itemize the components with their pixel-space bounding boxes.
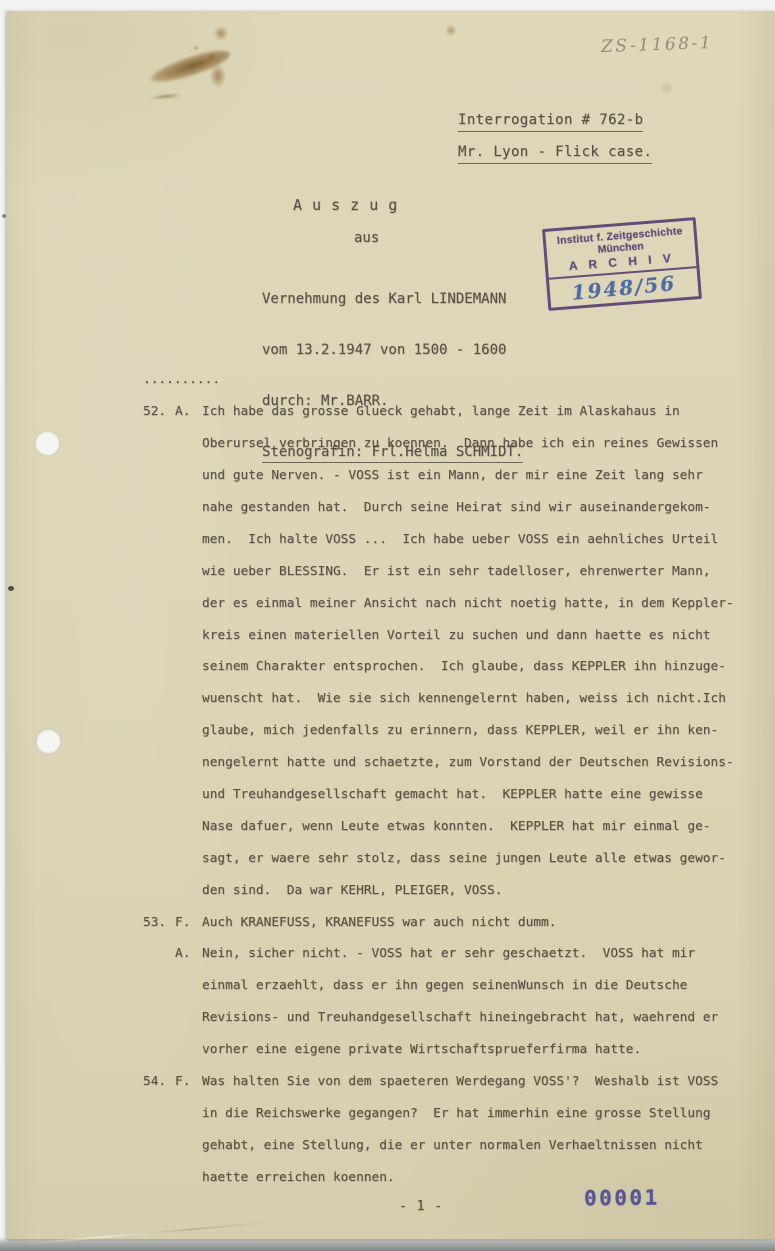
transcript-line: in die Reichswerke gegangen? Er hat imme…: [0, 1097, 775, 1129]
transcript-line: und Treuhandgesellschaft gemacht hat. KE…: [0, 779, 775, 811]
document-header: Interrogation # 762-b Mr. Lyon - Flick c…: [458, 111, 652, 175]
transcript-line: einmal erzaehlt, dass er ihn gegen seine…: [0, 970, 775, 1002]
line-text: vorher eine eigene private Wirtschaftspr…: [202, 1042, 641, 1057]
speaker-label: A.: [175, 404, 202, 419]
line-text: nahe gestanden hat. Durch seine Heirat s…: [202, 500, 711, 515]
line-text: Oberursel verbringen zu koennen. Dann ha…: [202, 436, 718, 451]
transcript-line: glaube, mich jedenfalls zu erinnern, das…: [0, 715, 775, 747]
line-text: sagt, er waere sehr stolz, dass seine ju…: [202, 851, 726, 866]
transcript-lines: 52. A. Ich habe das grosse Glueck gehabt…: [0, 396, 775, 1193]
header-line-case: Mr. Lyon - Flick case.: [458, 143, 652, 164]
transcript-body: .......... 52. A. Ich habe das grosse Gl…: [0, 364, 775, 1193]
meta-line-subject: Vernehmung des Karl LINDEMANN: [262, 291, 523, 308]
transcript-line: 54. F. Was halten Sie von dem spaeteren …: [0, 1066, 775, 1098]
excerpt-title: A u s z u g: [293, 196, 398, 214]
scanner-background: [0, 1238, 775, 1251]
pencil-note: ZS-1168-1: [601, 33, 714, 57]
serial-number-stamp: 00001: [584, 1186, 660, 1211]
transcript-line: und gute Nerven. - VOSS ist ein Mann, de…: [0, 460, 775, 492]
archive-stamp: Institut f. Zeitgeschichte München A R C…: [542, 217, 702, 311]
line-text: nengelernt hatte und schaetzte, zum Vors…: [202, 755, 734, 770]
qa-number: 52.: [143, 404, 175, 419]
line-text: der es einmal meiner Ansicht nach nicht …: [202, 596, 734, 611]
document-scan: ZS-1168-1 Interrogation # 762-b Mr. Lyon…: [0, 0, 775, 1251]
line-text: in die Reichswerke gegangen? Er hat imme…: [202, 1106, 711, 1121]
line-text: Auch KRANEFUSS, KRANEFUSS war auch nicht…: [202, 915, 556, 930]
transcript-line: seinem Charakter entsprochen. Ich glaube…: [0, 651, 775, 683]
transcript-line: 53. F. Auch KRANEFUSS, KRANEFUSS war auc…: [0, 906, 775, 938]
speaker-label: A.: [175, 946, 202, 961]
transcript-line: den sind. Da war KEHRL, PLEIGER, VOSS.: [0, 874, 775, 906]
edge-speck-2: [2, 214, 6, 218]
transcript-line: kreis einen materiellen Vorteil zu suche…: [0, 619, 775, 651]
transcript-line: wuenscht hat. Wie sie sich kennengelernt…: [0, 683, 775, 715]
line-text: glaube, mich jedenfalls zu erinnern, das…: [202, 723, 718, 738]
excerpt-subtitle: aus: [354, 230, 379, 246]
dotted-divider: ..........: [143, 372, 220, 387]
line-text: einmal erzaehlt, dass er ihn gegen seine…: [202, 978, 687, 993]
transcript-line: men. Ich halte VOSS ... Ich habe ueber V…: [0, 523, 775, 555]
speaker-label: F.: [175, 915, 202, 930]
line-text: haette erreichen koennen.: [202, 1170, 395, 1185]
qa-number: 53.: [143, 915, 175, 930]
line-text: und gute Nerven. - VOSS ist ein Mann, de…: [202, 468, 703, 483]
meta-line-date: vom 13.2.1947 von 1500 - 1600: [262, 342, 523, 359]
line-text: und Treuhandgesellschaft gemacht hat. KE…: [202, 787, 703, 802]
qa-number: 54.: [143, 1074, 175, 1089]
line-text: wuenscht hat. Wie sie sich kennengelernt…: [202, 691, 726, 706]
page-number: - 1 -: [399, 1199, 443, 1214]
line-text: seinem Charakter entsprochen. Ich glaube…: [202, 659, 726, 674]
line-text: den sind. Da war KEHRL, PLEIGER, VOSS.: [202, 883, 502, 898]
speaker-label: F.: [175, 1074, 202, 1089]
line-text: men. Ich halte VOSS ... Ich habe ueber V…: [202, 532, 718, 547]
line-text: Ich habe das grosse Glueck gehabt, lange…: [202, 404, 680, 419]
transcript-line: nengelernt hatte und schaetzte, zum Vors…: [0, 747, 775, 779]
line-text: wie ueber BLESSING. Er ist ein sehr tade…: [202, 564, 711, 579]
transcript-line: Revisions- und Treuhandgesellschaft hine…: [0, 1002, 775, 1034]
line-text: kreis einen materiellen Vorteil zu suche…: [202, 628, 711, 643]
line-text: gehabt, eine Stellung, die er unter norm…: [202, 1138, 703, 1153]
header-line-interrogation: Interrogation # 762-b: [458, 111, 643, 132]
line-text: Was halten Sie von dem spaeteren Werdega…: [202, 1074, 718, 1089]
transcript-line: vorher eine eigene private Wirtschaftspr…: [0, 1034, 775, 1066]
line-text: Revisions- und Treuhandgesellschaft hine…: [202, 1010, 718, 1025]
transcript-line: gehabt, eine Stellung, die er unter norm…: [0, 1129, 775, 1161]
transcript-line: 52. A. Ich habe das grosse Glueck gehabt…: [0, 396, 775, 428]
transcript-line: Nase dafuer, wenn Leute etwas konnten. K…: [0, 810, 775, 842]
line-text: Nein, sicher nicht. - VOSS hat er sehr g…: [202, 946, 695, 961]
line-text: Nase dafuer, wenn Leute etwas konnten. K…: [202, 819, 711, 834]
transcript-line: Oberursel verbringen zu koennen. Dann ha…: [0, 428, 775, 460]
transcript-line: A. Nein, sicher nicht. - VOSS hat er seh…: [0, 938, 775, 970]
transcript-line: wie ueber BLESSING. Er ist ein sehr tade…: [0, 555, 775, 587]
transcript-line: der es einmal meiner Ansicht nach nicht …: [0, 587, 775, 619]
transcript-line: nahe gestanden hat. Durch seine Heirat s…: [0, 492, 775, 524]
transcript-line: sagt, er waere sehr stolz, dass seine ju…: [0, 842, 775, 874]
